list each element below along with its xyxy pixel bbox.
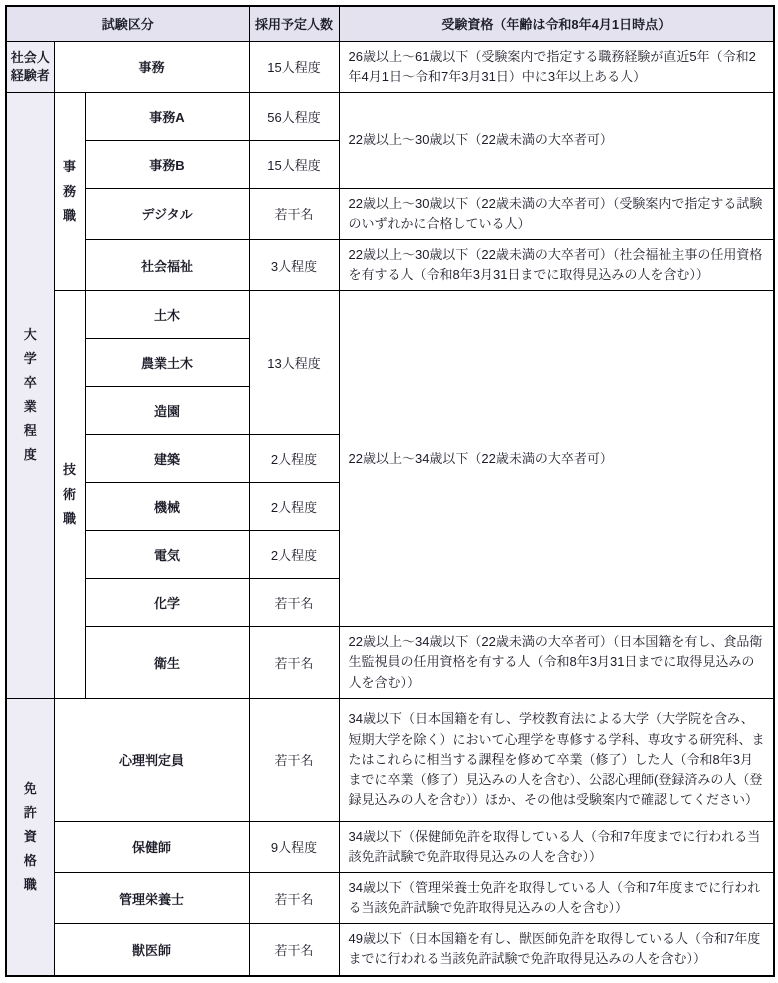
row-kenchiku-count: 2人程度 (249, 435, 339, 483)
row-kanrieiyoshi-eligibility: 34歳以下（管理栄養士免許を取得している人（令和7年度までに行われる当該免許試験… (339, 873, 774, 924)
row-jimu-a-count: 56人程度 (249, 92, 339, 140)
row-zoen-name: 造園 (85, 387, 249, 435)
page: 試験区分 採用予定人数 受験資格（年齢は令和8年4月1日時点） 社会人経験者 事… (0, 0, 778, 983)
row-denki-count: 2人程度 (249, 531, 339, 579)
group-shakaijin-keikensha: 社会人経験者 (6, 41, 54, 92)
row-eisei-name: 衛生 (85, 627, 249, 698)
row-nogyodoboku-name: 農業土木 (85, 339, 249, 387)
header-exam-division: 試験区分 (6, 6, 249, 41)
row-hokenshi: 保健師 9人程度 34歳以下（保健師免許を取得している人（令和7年度までに行われ… (6, 821, 774, 872)
row-digital-eligibility: 22歳以上～30歳以下（22歳未満の大卒者可）（受験案内で指定する試験のいずれか… (339, 188, 774, 239)
row-shinri-count: 若干名 (249, 698, 339, 821)
row-shinri-eligibility: 34歳以下（日本国籍を有し、学校教育法による大学（大学院を含み、短期大学を除く）… (339, 698, 774, 821)
row-juishi-count: 若干名 (249, 924, 339, 976)
row-digital-name: デジタル (85, 188, 249, 239)
row-eisei-count: 若干名 (249, 627, 339, 698)
eligibility-jimu-ab: 22歳以上～30歳以下（22歳未満の大卒者可） (339, 92, 774, 188)
row-shakaifukushi-eligibility: 22歳以上～30歳以下（22歳未満の大卒者可）（社会福祉主事の任用資格を有する人… (339, 240, 774, 291)
row-hokenshi-eligibility: 34歳以下（保健師免許を取得している人（令和7年度までに行われる当該免許試験で免… (339, 821, 774, 872)
row-kenchiku-name: 建築 (85, 435, 249, 483)
row-digital-count: 若干名 (249, 188, 339, 239)
row-juishi: 獣医師 若干名 49歳以下（日本国籍を有し、獣医師免許を取得している人（令和7年… (6, 924, 774, 976)
group-menkyo-label: 免許資格職 (23, 777, 37, 897)
row-shakaifukushi-count: 3人程度 (249, 240, 339, 291)
header-planned-hires: 採用予定人数 (249, 6, 339, 41)
row-jimu-name: 事務 (54, 41, 249, 92)
group-jimushoku: 事務職 (54, 92, 85, 291)
header-row: 試験区分 採用予定人数 受験資格（年齢は令和8年4月1日時点） (6, 6, 774, 41)
row-juishi-name: 獣医師 (54, 924, 249, 976)
group-gijutsushoku: 技術職 (54, 291, 85, 698)
group-daigaku-label: 大学卒業程度 (23, 323, 37, 467)
group-menkyo-shikakushoku: 免許資格職 (6, 698, 54, 975)
row-kanrieiyoshi: 管理栄養士 若干名 34歳以下（管理栄養士免許を取得している人（令和7年度までに… (6, 873, 774, 924)
recruitment-exam-table: 試験区分 採用予定人数 受験資格（年齢は令和8年4月1日時点） 社会人経験者 事… (5, 5, 775, 977)
row-kanrieiyoshi-count: 若干名 (249, 873, 339, 924)
group-daigaku-sotsugyo-teido: 大学卒業程度 (6, 92, 54, 698)
row-juishi-eligibility: 49歳以下（日本国籍を有し、獣医師免許を取得している人（令和7年度までに行われる… (339, 924, 774, 976)
row-jimu-count: 15人程度 (249, 41, 339, 92)
row-shinri-name: 心理判定員 (54, 698, 249, 821)
row-jimu-eligibility: 26歳以上～61歳以下（受験案内で指定する職務経験が直近5年（令和2年4月1日～… (339, 41, 774, 92)
row-kikai-name: 機械 (85, 483, 249, 531)
row-kagaku-count: 若干名 (249, 579, 339, 627)
row-jimu-b-name: 事務B (85, 140, 249, 188)
row-jimu-a: 大学卒業程度 事務職 事務A 56人程度 22歳以上～30歳以下（22歳未満の大… (6, 92, 774, 140)
row-shakaifukushi-name: 社会福祉 (85, 240, 249, 291)
group-jimushoku-label: 事務職 (63, 155, 77, 227)
row-hokenshi-count: 9人程度 (249, 821, 339, 872)
row-kikai-count: 2人程度 (249, 483, 339, 531)
eligibility-gijutsu: 22歳以上～34歳以下（22歳未満の大卒者可） (339, 291, 774, 627)
row-doboku-name: 土木 (85, 291, 249, 339)
count-doboku-group: 13人程度 (249, 291, 339, 435)
row-kagaku-name: 化学 (85, 579, 249, 627)
row-eisei: 衛生 若干名 22歳以上～34歳以下（22歳未満の大卒者可）（日本国籍を有し、食… (6, 627, 774, 698)
row-hokenshi-name: 保健師 (54, 821, 249, 872)
row-shakaifukushi: 社会福祉 3人程度 22歳以上～30歳以下（22歳未満の大卒者可）（社会福祉主事… (6, 240, 774, 291)
row-jimu-a-name: 事務A (85, 92, 249, 140)
row-jimu-b-count: 15人程度 (249, 140, 339, 188)
group-gijutsushoku-label: 技術職 (63, 458, 77, 530)
header-eligibility: 受験資格（年齢は令和8年4月1日時点） (339, 6, 774, 41)
row-jimu: 社会人経験者 事務 15人程度 26歳以上～61歳以下（受験案内で指定する職務経… (6, 41, 774, 92)
row-digital: デジタル 若干名 22歳以上～30歳以下（22歳未満の大卒者可）（受験案内で指定… (6, 188, 774, 239)
row-shinri: 免許資格職 心理判定員 若干名 34歳以下（日本国籍を有し、学校教育法による大学… (6, 698, 774, 821)
row-eisei-eligibility: 22歳以上～34歳以下（22歳未満の大卒者可）（日本国籍を有し、食品衛生監視員の… (339, 627, 774, 698)
row-denki-name: 電気 (85, 531, 249, 579)
row-doboku: 技術職 土木 13人程度 22歳以上～34歳以下（22歳未満の大卒者可） (6, 291, 774, 339)
row-kanrieiyoshi-name: 管理栄養士 (54, 873, 249, 924)
